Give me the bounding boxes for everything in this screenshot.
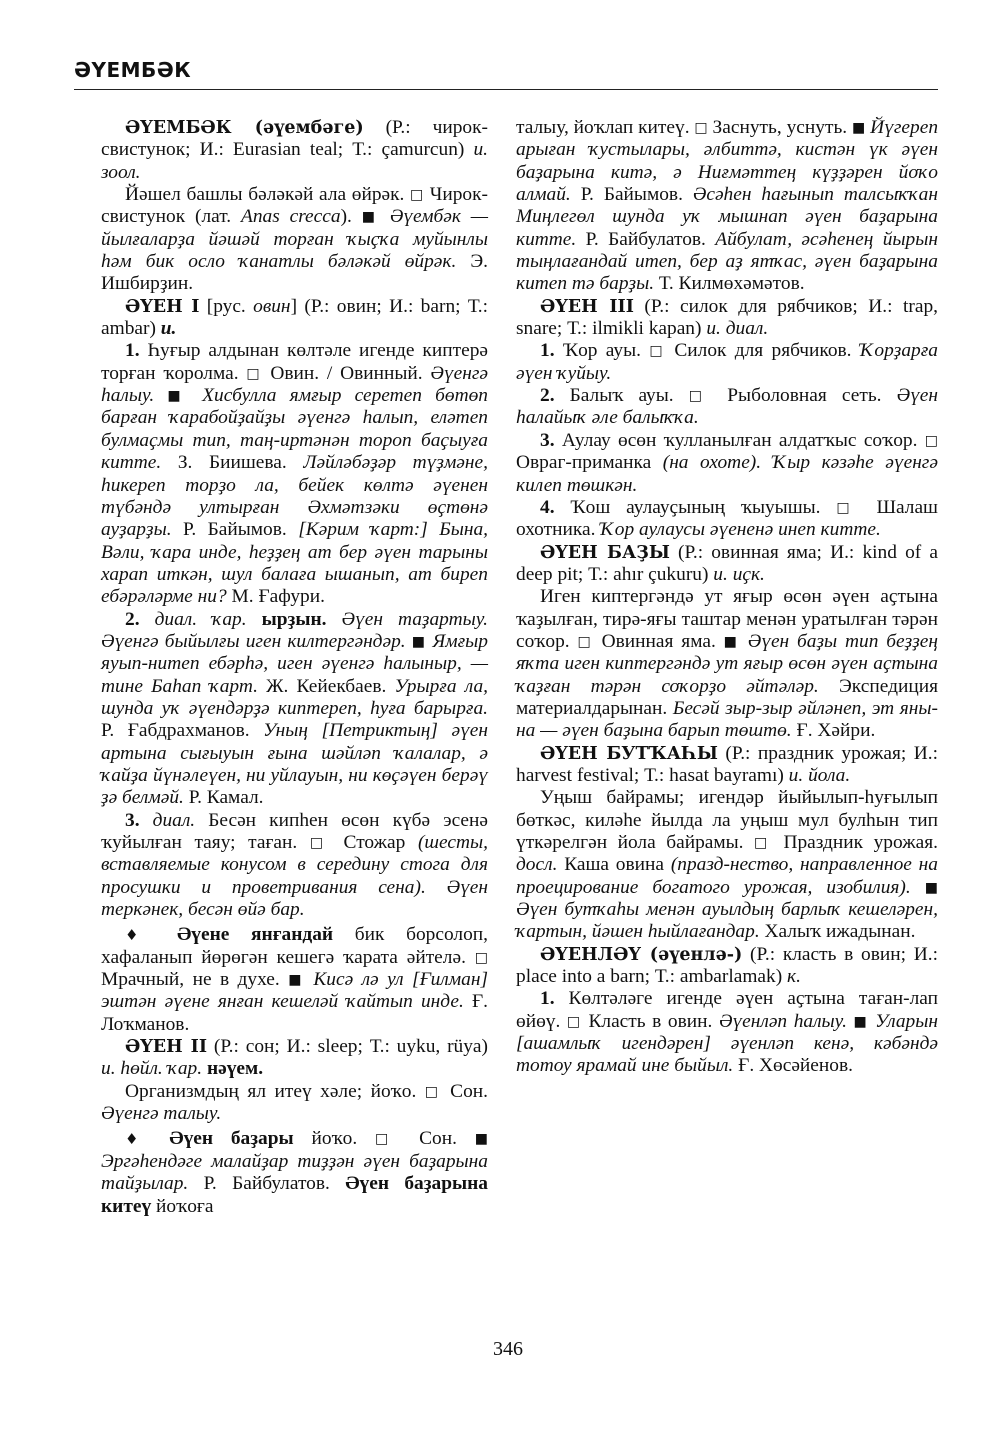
label: диал. ҡар. — [140, 609, 247, 630]
open-square-icon: □ — [689, 388, 712, 404]
headword: ӘҮЕМБӘК (әүембәге) — [125, 118, 364, 138]
author: Р. Байымов. — [172, 519, 299, 540]
definition: Иген киптергәндә ут яғыр өсөн әүен аҫтын… — [516, 586, 938, 742]
black-square-icon: ■ — [362, 209, 380, 225]
definition: Организмдың ял итеү хәле; йоҡо. □ Сон. Ә… — [101, 1081, 488, 1126]
definition-text: Балыҡ ауы. — [555, 385, 689, 406]
black-square-icon: ■ — [167, 388, 189, 404]
open-square-icon: □ — [925, 433, 938, 449]
open-square-icon: □ — [375, 1131, 401, 1147]
latin-name: Anas crecca — [241, 206, 341, 227]
open-square-icon: □ — [425, 1084, 442, 1100]
continuation: талыу, йоҡлап китеү. □ Заснуть, уснуть. … — [516, 117, 938, 296]
diamond-icon: ♦ — [125, 926, 155, 944]
headword: ӘҮЕН II — [125, 1037, 207, 1057]
black-square-icon: ■ — [925, 880, 938, 896]
author: Р. Ғабдрахманов. — [101, 720, 263, 741]
definition-text: талыу, йоҡлап китеү. — [516, 117, 694, 138]
sense-number: 3. — [125, 810, 140, 831]
sense-1: 1. Һуғыр алдынан көлтәле игенде киптерә … — [101, 340, 488, 608]
definition-text: Ҡош аулауҫының ҡыуышы. — [555, 497, 837, 518]
sense-2: 2. Балыҡ ауы. □ Рыболовная сеть. Әүен һа… — [516, 385, 938, 430]
sense-number: 2. — [540, 385, 555, 406]
label: досл. — [516, 854, 557, 875]
definition-text: йоҡоға — [151, 1196, 213, 1217]
entry-aüen-butkahy: ӘҮЕН БУТҠАҺЫ (Р.: праздник урожая; И.: h… — [516, 743, 938, 788]
entry-aüen-bazy: ӘҮЕН БАҘЫ (Р.: овинная яма; И.: kind of … — [516, 542, 938, 587]
idiom-phrase: Әүене янғандай — [155, 924, 333, 945]
sense-3: 3. диал. Бесән кипһен өсөн күбә эсенә ҡу… — [101, 810, 488, 922]
cross-reference: ырҙын. — [247, 609, 327, 630]
russian-equivalent: Каша овина — [557, 854, 670, 875]
open-square-icon: □ — [754, 835, 773, 851]
black-square-icon: ■ — [854, 1014, 869, 1030]
phrase: Әүенләп һалыу. — [719, 1011, 847, 1032]
russian-equivalent: Стожар — [331, 832, 418, 853]
black-square-icon: ■ — [288, 972, 305, 988]
pos-label: и. иҫк. — [713, 564, 765, 585]
open-square-icon: □ — [567, 1014, 582, 1030]
diamond-icon: ♦ — [125, 1130, 151, 1148]
etymology: [рус. — [199, 296, 253, 317]
open-square-icon: □ — [836, 500, 860, 516]
definition: Уңыш байрамы; игендәр йыйылып-һуғылып бө… — [516, 787, 938, 943]
label: диал. — [140, 810, 196, 831]
russian-note: (на охоте). — [663, 452, 761, 473]
russian-equivalent: Праздник урожая. — [773, 832, 938, 853]
right-column: талыу, йоҡлап китеү. □ Заснуть, уснуть. … — [516, 117, 938, 1078]
entry-aüen-2: ӘҮЕН II (Р.: сон; И.: sleep; Т.: uyku, r… — [101, 1036, 488, 1081]
russian-equivalent: Мрачный, не в духе. — [101, 969, 288, 990]
definition-text: Ҡор ауы. — [555, 340, 650, 361]
headword: ӘҮЕН БАҘЫ — [540, 543, 670, 563]
author: Т. Килмөхәмәтов. — [654, 273, 805, 294]
black-square-icon: ■ — [412, 634, 427, 650]
author: Ғ. Хөсәйенов. — [733, 1055, 853, 1076]
author: Р. Байбулатов. — [576, 229, 715, 250]
author: М. Ғафури. — [227, 586, 325, 607]
black-square-icon: ■ — [475, 1131, 488, 1147]
open-square-icon: □ — [246, 366, 262, 382]
sense-number: 1. — [540, 340, 555, 361]
sense-number: 4. — [540, 497, 555, 518]
pos-label: и. йола. — [789, 765, 851, 786]
pos-label: и. диал. — [706, 318, 768, 339]
author: Ж. Кейекбаев. — [258, 676, 395, 697]
pos-label: и. һөйл. ҡар. — [101, 1058, 202, 1079]
author: Р. Байбулатов. — [188, 1173, 345, 1194]
open-square-icon: □ — [649, 343, 666, 359]
sense-4: 4. Ҡош аулауҫының ҡыуышы. □ Шалаш охотни… — [516, 497, 938, 542]
entry-aüenläü: ӘҮЕНЛӘҮ (әүенлә-) (Р.: класть в овин; И.… — [516, 944, 938, 989]
open-square-icon: □ — [578, 634, 594, 650]
etymology-word: овин — [253, 296, 290, 317]
definition-text: йоҡо. — [294, 1128, 375, 1149]
entry-aüembäk: ӘҮЕМБӘК (әүембәге) (Р.: чирок-свистунок;… — [101, 117, 488, 184]
sense-2: 2. диал. ҡар. ырҙын. Әүен таҙартыу. Әүен… — [101, 609, 488, 810]
headword: ӘҮЕНЛӘҮ (әүенлә-) — [540, 945, 742, 965]
russian-equivalent: Овинная яма. — [594, 631, 716, 652]
pos-label: и. — [161, 318, 177, 339]
sense-number: 1. — [125, 340, 140, 361]
author: Ғ. Хәйри. — [792, 720, 876, 741]
idiom-phrase: Әүен баҙары — [151, 1128, 293, 1149]
entry-aüen-3: ӘҮЕН III (Р.: силок для рябчиков; И.: tr… — [516, 296, 938, 341]
left-column: ӘҮЕМБӘК (әүембәге) (Р.: чирок-свистунок;… — [101, 117, 488, 1218]
header-rule — [74, 89, 938, 90]
open-square-icon: □ — [410, 187, 424, 203]
sense-number: 1. — [540, 988, 555, 1009]
sense-1: 1. Ҡор ауы. □ Силок для рябчиков. Ҡорҙар… — [516, 340, 938, 385]
black-square-icon: ■ — [724, 634, 740, 650]
author: Р. Камал. — [184, 787, 264, 808]
punct: ). — [341, 206, 362, 227]
sense-3: 3. Аулау өсөн ҡулланылған алдатҡыс соҡор… — [516, 430, 938, 497]
translations: (Р.: сон; И.: sleep; Т.: uyku, rüya) — [207, 1036, 488, 1057]
russian-equivalent: Силок для рябчиков. — [666, 340, 860, 361]
definition: Йәшел башлы бәләкәй ала өйрәк. □ Чирок-с… — [101, 184, 488, 296]
cross-reference: нәүем. — [202, 1058, 263, 1079]
definition-text: Организмдың ял итеү хәле; йоҡо. — [125, 1081, 425, 1102]
russian-equivalent: Сон. — [442, 1081, 488, 1102]
sense-number: 2. — [125, 609, 140, 630]
definition-text: Йәшел башлы бәләкәй ала өйрәк. — [125, 184, 410, 205]
headword: ӘҮЕН БУТҠАҺЫ — [540, 744, 718, 764]
page-number: 346 — [480, 1338, 536, 1361]
idiom: ♦ Әүене янғандай бик борсолоп, хафаланып… — [101, 924, 488, 1036]
black-square-icon: ■ — [852, 120, 865, 136]
entry-aüen-1: ӘҮЕН I [рус. овин] (Р.: овин; И.: barn; … — [101, 296, 488, 341]
russian-equivalent: Рыболовная сеть. — [712, 385, 896, 406]
russian-equivalent: Класть в овин. — [582, 1011, 719, 1032]
russian-equivalent: Овраг-приманка — [516, 452, 663, 473]
author: Халыҡ ижадынан. — [760, 921, 916, 942]
example: Ҡор аулаусы әүененә инеп китте. — [600, 519, 881, 540]
headword: ӘҮЕН III — [540, 297, 634, 317]
russian-equivalent: Овин. / Овинный. — [263, 363, 431, 384]
headword: ӘҮЕН I — [125, 297, 199, 317]
running-head: ӘҮЕМБӘК — [74, 58, 191, 82]
author: Р. Байымов. — [571, 184, 693, 205]
open-square-icon: □ — [475, 950, 488, 966]
russian-equivalent: Заснуть, уснуть. — [708, 117, 852, 138]
author: З. Биишева. — [161, 452, 303, 473]
idiom: ♦ Әүен баҙары йоҡо. □ Сон. ■ Эргәһендәге… — [101, 1128, 488, 1217]
sense-1: 1. Көлтәләге игенде әүен аҫтына таған-ла… — [516, 988, 938, 1077]
pos-label: к. — [787, 966, 801, 987]
definition-text: Аулау өсөн ҡулланылған алдатҡыс соҡор. — [555, 430, 925, 451]
phrase: Әүенгә талыу. — [101, 1103, 221, 1124]
russian-equivalent: Сон. — [401, 1128, 475, 1149]
open-square-icon: □ — [310, 835, 331, 851]
sense-number: 3. — [540, 430, 555, 451]
open-square-icon: □ — [694, 120, 707, 136]
